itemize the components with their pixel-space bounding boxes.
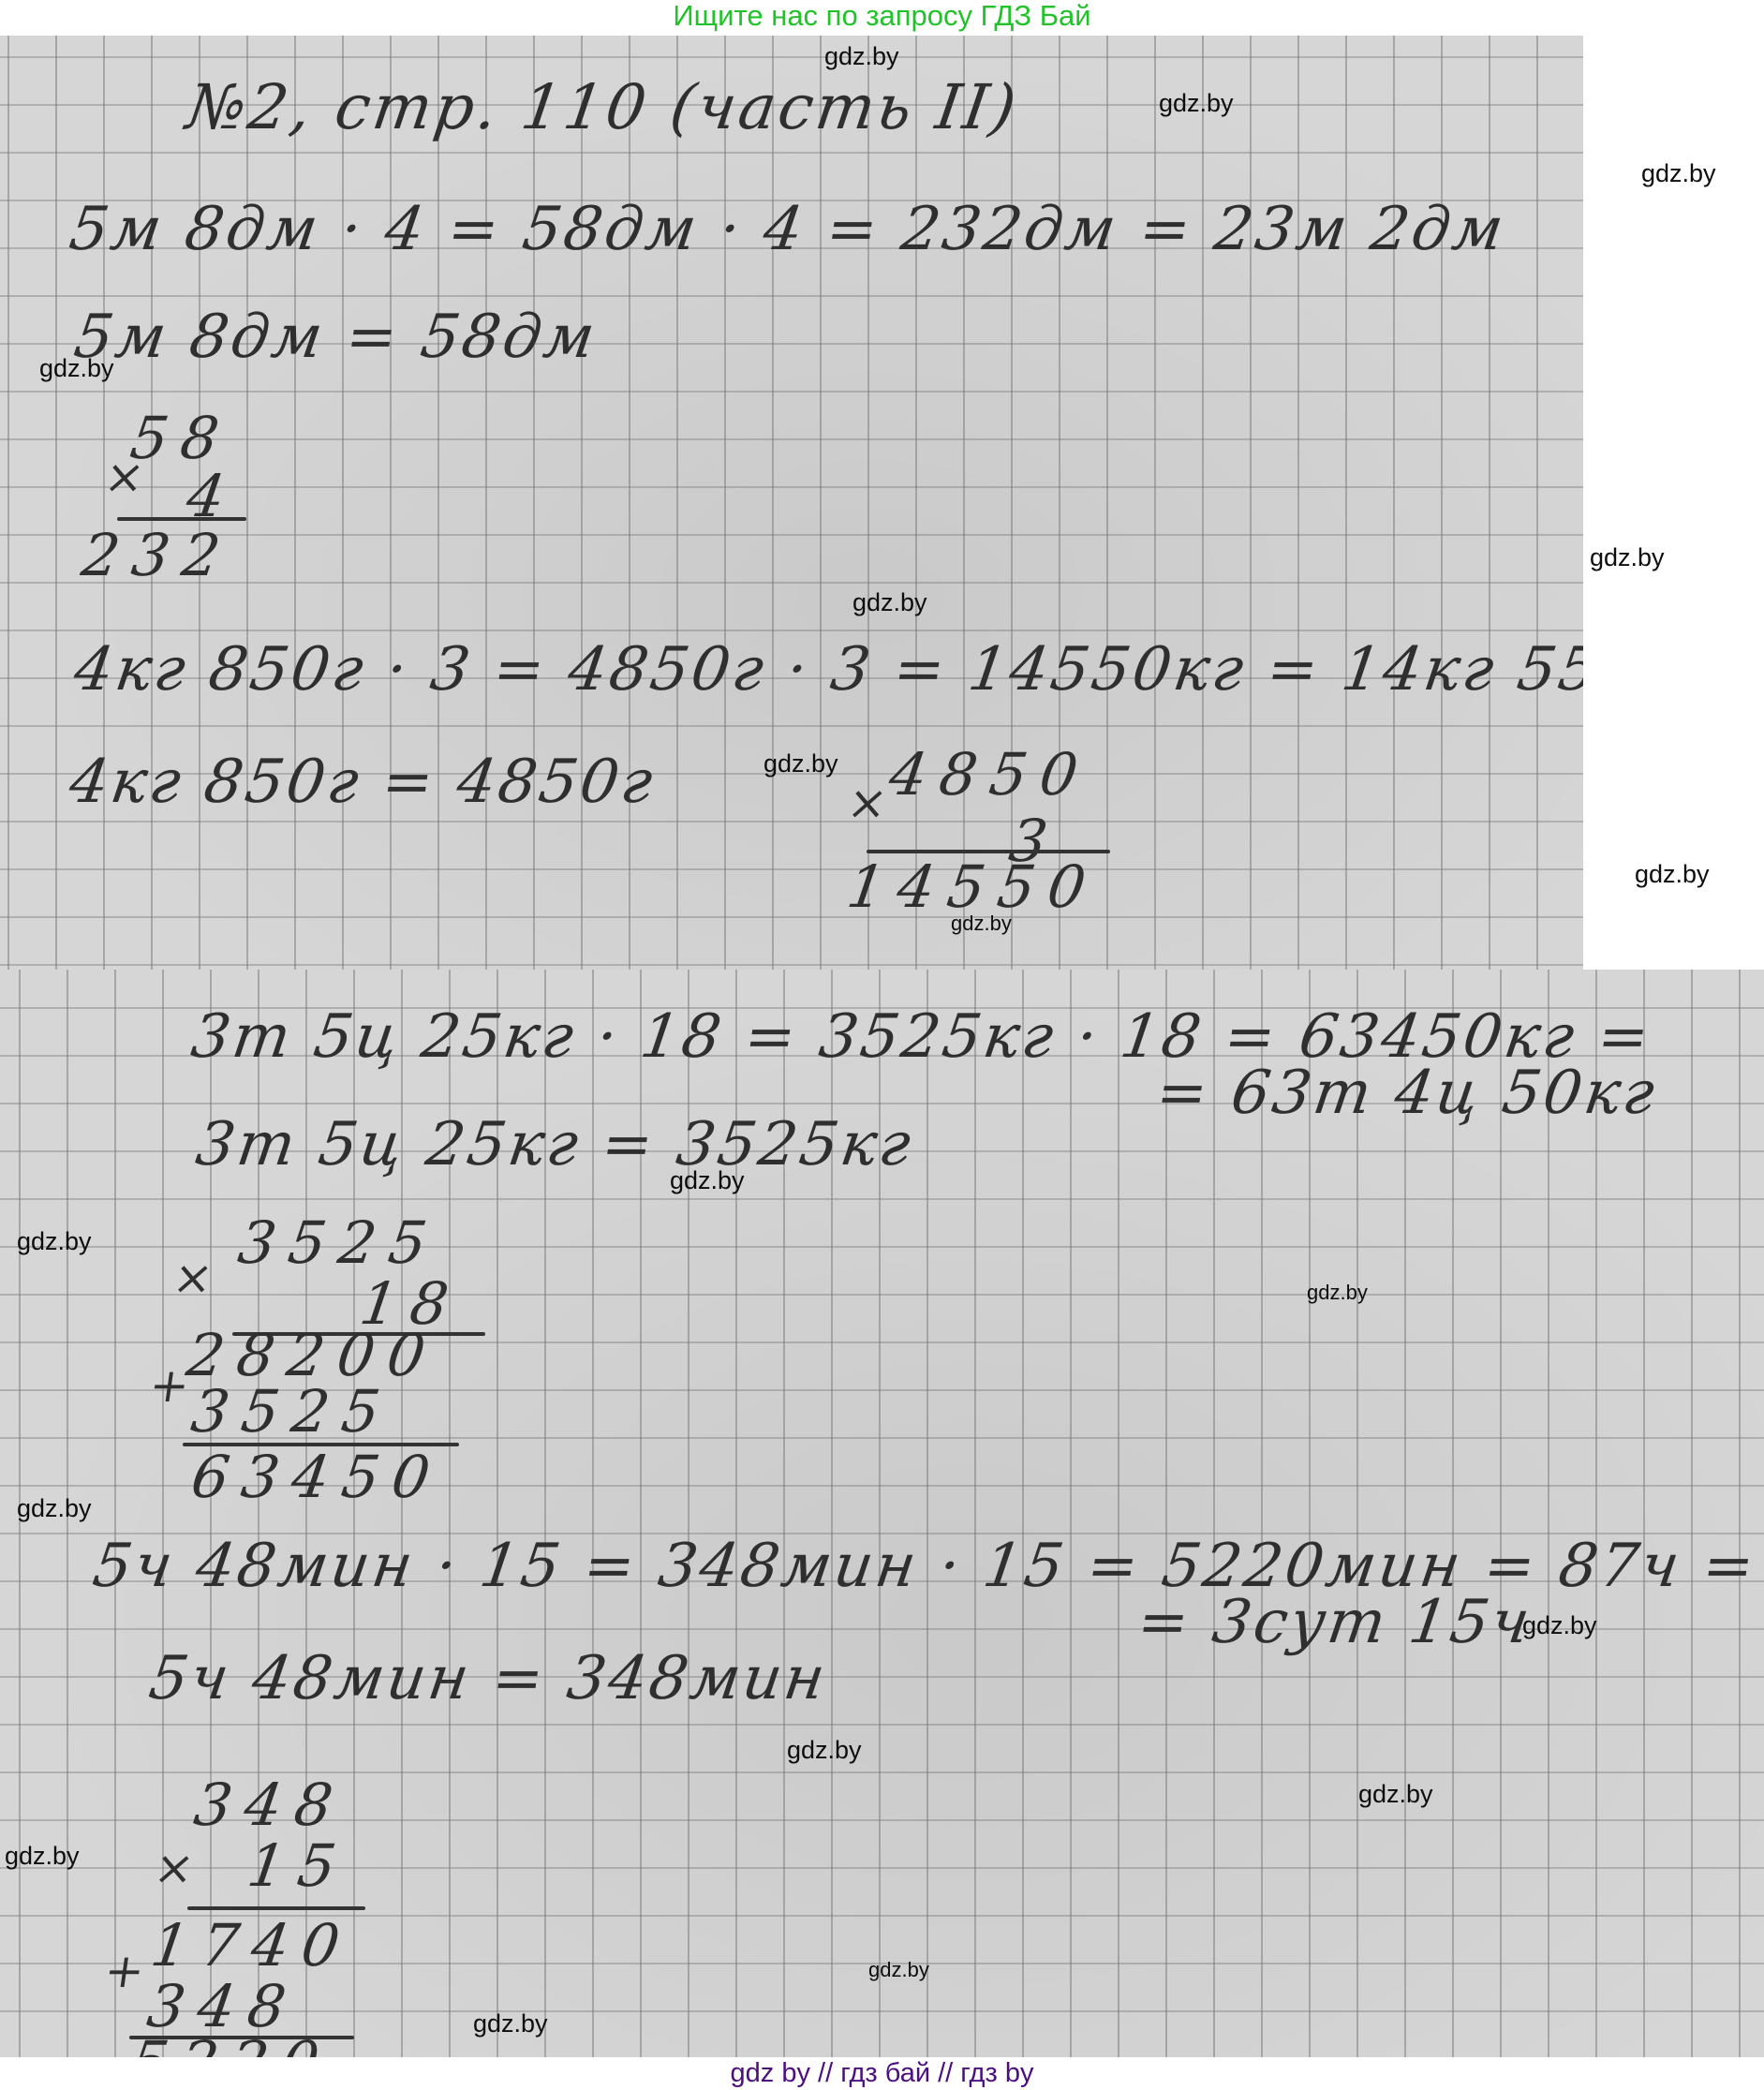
watermark: gdz.by: [868, 1958, 929, 1982]
watermark: gdz.by: [787, 1736, 862, 1765]
watermark: gdz.by: [17, 1227, 92, 1256]
watermark: gdz.by: [39, 354, 114, 383]
product: 5220: [126, 2028, 336, 2057]
watermark: gdz.by: [670, 1166, 745, 1195]
watermark: gdz.by: [1635, 860, 1710, 889]
task2-equation: 4кг 850г · 3 = 4850г · 3 = 14550кг = 14к…: [70, 635, 1583, 704]
watermark: gdz.by: [824, 42, 899, 71]
watermark: gdz.by: [17, 1494, 92, 1523]
site-footer: gdz by // гдз бай // гдз by: [0, 2057, 1764, 2090]
task1-equation: 5м 8дм · 4 = 58дм · 4 = 232дм = 23м 2дм: [66, 195, 1510, 264]
partial-product-1: 1740: [147, 1911, 357, 1979]
banner-text: Ищите нас по запросу ГДЗ Бай: [673, 0, 1090, 32]
multiplier: 15: [244, 1831, 353, 1900]
homework-sheet-top: №2, стр. 110 (часть II) 5м 8дм · 4 = 58д…: [0, 36, 1583, 970]
watermark: gdz.by: [1641, 159, 1716, 188]
watermark: gdz.by: [473, 2009, 548, 2038]
watermark: gdz.by: [1590, 543, 1665, 572]
watermark: gdz.by: [1358, 1780, 1433, 1809]
task4-conversion: 5ч 48мин = 348мин: [145, 1644, 832, 1713]
multiply-sign: ×: [844, 776, 891, 830]
plus-sign: +: [101, 1944, 148, 1998]
product-line: [187, 1906, 365, 1910]
exercise-title: №2, стр. 110 (часть II): [183, 71, 1023, 143]
task3-equation-line2: = 63т 4ц 50кг: [1152, 1059, 1662, 1128]
footer-text: gdz by // гдз бай // гдз by: [731, 2058, 1034, 2088]
watermark: gdz.by: [1159, 89, 1234, 118]
partial-product-2: 3525: [187, 1377, 397, 1445]
watermark: gdz.by: [852, 588, 927, 617]
watermark: gdz.by: [1307, 1281, 1368, 1305]
multiply-sign: ×: [151, 1841, 198, 1895]
task2-conversion: 4кг 850г = 4850г: [66, 748, 660, 817]
watermark: gdz.by: [763, 749, 838, 778]
watermark: gdz.by: [5, 1842, 80, 1871]
multiplicand: 4850: [885, 740, 1095, 808]
product: 63450: [187, 1443, 447, 1511]
multiply-sign: ×: [170, 1251, 216, 1305]
task3-conversion: 3т 5ц 25кг = 3525кг: [192, 1110, 918, 1179]
homework-sheet-bottom: 3т 5ц 25кг · 18 = 3525кг · 18 = 63450кг …: [0, 970, 1764, 2057]
multiplicand: 348: [190, 1771, 350, 1839]
multiplicand: 3525: [234, 1208, 444, 1277]
watermark: gdz.by: [951, 912, 1012, 936]
task1-conversion: 5м 8дм = 58дм: [70, 303, 601, 372]
product: 232: [78, 521, 238, 589]
task4-equation-line2: = 3сут 15ч: [1134, 1588, 1536, 1657]
watermark: gdz.by: [1522, 1611, 1597, 1640]
search-banner: Ищите нас по запросу ГДЗ Бай: [0, 0, 1764, 36]
